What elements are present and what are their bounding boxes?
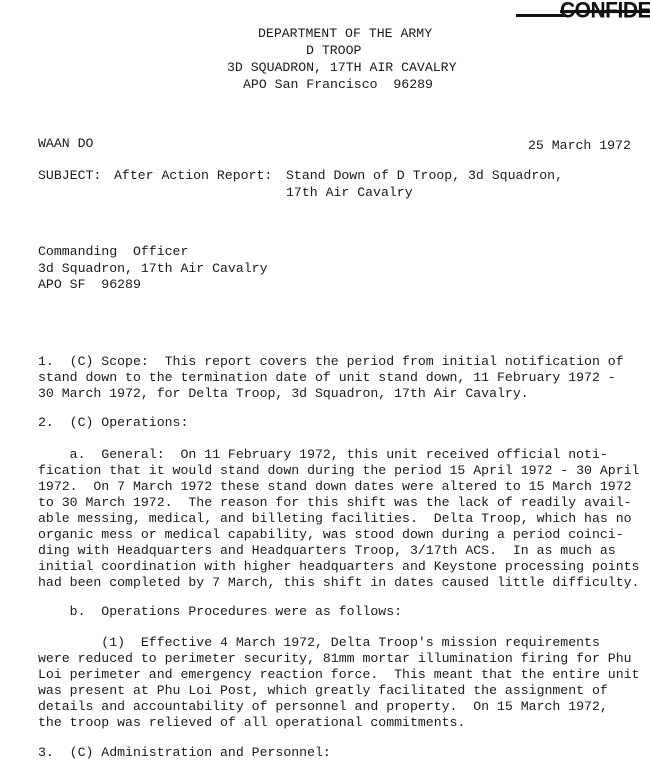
addressee-line-3: APO SF 96289 [38,276,141,294]
stamp-strike-bar [516,14,566,17]
letterhead-line-1: DEPARTMENT OF THE ARMY [258,25,432,43]
subject-line-1: Stand Down of D Troop, 3d Squadron, [286,167,563,185]
addressee-line-1: Commanding Officer [38,243,188,261]
classification-stamp: CONFIDENTIAL [510,2,650,30]
operations-heading: 2. (C) Operations: [38,414,188,432]
procedures-heading: b. Operations Procedures were as follows… [38,603,402,621]
stamp-text: CONFIDENTIAL [560,2,650,21]
administration-heading: 3. (C) Administration and Personnel: [38,744,331,762]
general-line: had been completed by 7 March, this shif… [38,574,639,592]
letterhead-line-2: D TROOP [306,42,361,60]
letterhead-line-4: APO San Francisco 96289 [243,76,433,94]
subject-line-2: 17th Air Cavalry [286,184,413,202]
letterhead-line-3: 3D SQUADRON, 17TH AIR CAVALRY [227,59,457,77]
procedure-1-line: the troop was relieved of all operationa… [38,714,465,732]
document-date: 25 March 1972 [528,137,631,155]
subject-title: After Action Report: [114,167,272,185]
subject-label: SUBJECT: [38,167,101,185]
scope-line: 30 March 1972, for Delta Troop, 3d Squad… [38,385,529,403]
office-symbol: WAAN DO [38,135,93,153]
